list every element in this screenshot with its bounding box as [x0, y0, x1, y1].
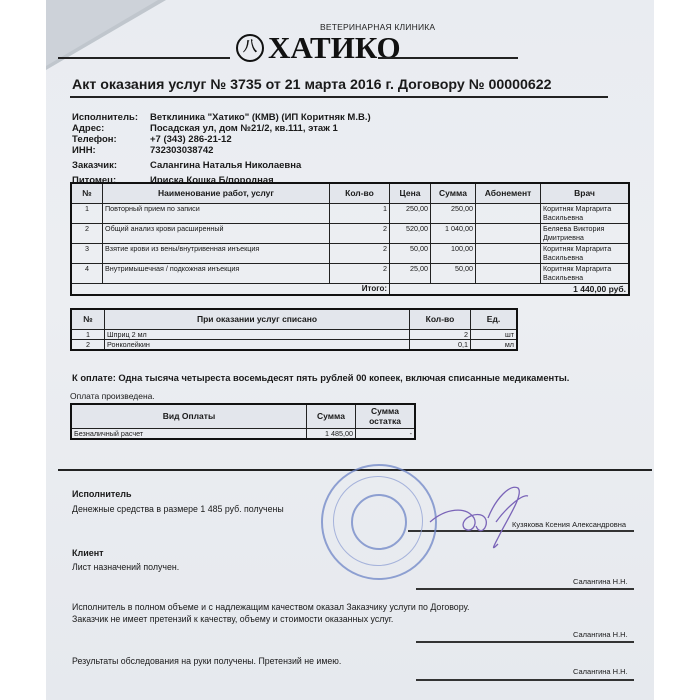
writeoff-unit: шт — [471, 329, 518, 339]
col-number: № — [71, 183, 103, 203]
service-sum: 250,00 — [431, 203, 476, 223]
col-qty: Кол-во — [410, 309, 471, 329]
results-text: Результаты обследования на руки получены… — [72, 656, 341, 666]
title-underline — [70, 96, 608, 98]
client-signature-line-2 — [416, 641, 634, 643]
service-name: Взятие крови из вены/внутривенная инъекц… — [103, 243, 330, 263]
document-page: ВЕТЕРИНАРНАЯ КЛИНИКА 八 ХАТИКО Акт оказан… — [46, 0, 654, 700]
executor-heading: Исполнитель — [72, 489, 132, 499]
row-number: 2 — [71, 223, 103, 243]
service-row: 4Внутримышечная / подкожная инъекция225,… — [71, 263, 629, 283]
client-signature-line-3 — [416, 679, 634, 681]
handwritten-signature — [426, 478, 536, 558]
clinic-name: ХАТИКО — [268, 30, 401, 66]
inn-label: ИНН: — [72, 145, 150, 156]
logo-mark-icon: 八 — [236, 34, 264, 62]
col-sum: Сумма — [431, 183, 476, 203]
clinic-logo: 八 ХАТИКО — [236, 30, 401, 66]
client-name-3: Салангина Н.Н. — [573, 667, 628, 676]
writeoff-qty: 2 — [410, 329, 471, 339]
header-rule-left — [58, 57, 230, 59]
col-number: № — [71, 309, 105, 329]
service-price: 50,00 — [390, 243, 431, 263]
writeoff-table: № При оказании услуг списано Кол-во Ед. … — [70, 308, 518, 351]
service-name: Повторный прием по записи — [103, 203, 330, 223]
col-writeoff-name: При оказании услуг списано — [105, 309, 410, 329]
col-qty: Кол-во — [330, 183, 390, 203]
service-doctor: Коритняк Маргарита Васильевна — [541, 243, 630, 263]
header-rule-right — [378, 57, 518, 59]
phone-label: Телефон: — [72, 134, 150, 145]
service-sum: 50,00 — [431, 263, 476, 283]
writeoff-header-row: № При оказании услуг списано Кол-во Ед. — [71, 309, 517, 329]
service-doctor: Коритняк Маргарита Васильевна — [541, 203, 630, 223]
service-row: 2Общий анализ крови расширенный2520,001 … — [71, 223, 629, 243]
client-heading: Клиент — [72, 548, 104, 558]
row-number: 1 — [71, 203, 103, 223]
service-subscription — [476, 203, 541, 223]
payment-header-row: Вид Оплаты Сумма Сумма остатка — [71, 404, 415, 428]
payment-due-text: К оплате: Одна тысяча четыреста восемьде… — [72, 372, 569, 383]
executor-text: Денежные средства в размере 1 485 руб. п… — [72, 504, 284, 514]
service-name: Общий анализ крови расширенный — [103, 223, 330, 243]
row-number: 2 — [71, 339, 105, 350]
col-subscription: Абонемент — [476, 183, 541, 203]
services-table: № Наименование работ, услуг Кол-во Цена … — [70, 182, 630, 296]
services-header-row: № Наименование работ, услуг Кол-во Цена … — [71, 183, 629, 203]
col-unit: Ед. — [471, 309, 518, 329]
writeoff-name: Ронколейкин — [105, 339, 410, 350]
executor-label: Исполнитель: — [72, 112, 150, 123]
service-row: 1Повторный прием по записи1250,00250,00К… — [71, 203, 629, 223]
total-value: 1 440,00 руб. — [390, 283, 630, 295]
row-number: 4 — [71, 263, 103, 283]
total-label: Итого: — [71, 283, 390, 295]
service-qty: 2 — [330, 243, 390, 263]
col-payment-type: Вид Оплаты — [71, 404, 307, 428]
service-qty: 2 — [330, 223, 390, 243]
payment-table: Вид Оплаты Сумма Сумма остатка Безналичн… — [70, 403, 416, 440]
agreement-line-2: Заказчик не имеет претензий к качеству, … — [72, 614, 393, 624]
client-name-2: Салангина Н.Н. — [573, 630, 628, 639]
col-price: Цена — [390, 183, 431, 203]
service-subscription — [476, 243, 541, 263]
writeoff-name: Шприц 2 мл — [105, 329, 410, 339]
service-price: 25,00 — [390, 263, 431, 283]
client-name-1: Салангина Н.Н. — [573, 577, 628, 586]
col-service-name: Наименование работ, услуг — [103, 183, 330, 203]
row-number: 1 — [71, 329, 105, 339]
document-title: Акт оказания услуг № 3735 от 21 марта 20… — [72, 77, 552, 93]
executor-value: Ветклиника "Хатико" (КМВ) (ИП Коритняк М… — [150, 112, 371, 123]
service-subscription — [476, 263, 541, 283]
agreement-line-1: Исполнитель в полном объеме и с надлежащ… — [72, 602, 469, 612]
writeoff-row: 2Ронколейкин0,1мл — [71, 339, 517, 350]
service-sum: 100,00 — [431, 243, 476, 263]
address-value: Посадская ул, дом №21/2, кв.111, этаж 1 — [150, 123, 338, 134]
customer-value: Салангина Наталья Николаевна — [150, 160, 301, 171]
payment-sum: 1 485,00 — [307, 428, 356, 439]
client-text: Лист назначений получен. — [72, 562, 179, 572]
services-total-row: Итого: 1 440,00 руб. — [71, 283, 629, 295]
service-row: 3Взятие крови из вены/внутривенная инъек… — [71, 243, 629, 263]
payment-done-text: Оплата произведена. — [70, 391, 155, 401]
phone-value: +7 (343) 286-21-12 — [150, 134, 232, 145]
service-qty: 2 — [330, 263, 390, 283]
payment-rest: - — [356, 428, 416, 439]
info-block: Исполнитель:Ветклиника "Хатико" (КМВ) (И… — [72, 112, 371, 186]
col-payment-sum: Сумма — [307, 404, 356, 428]
service-sum: 1 040,00 — [431, 223, 476, 243]
writeoff-unit: мл — [471, 339, 518, 350]
service-doctor: Беляева Виктория Дмитриевна — [541, 223, 630, 243]
inn-value: 732303038742 — [150, 145, 213, 156]
col-doctor: Врач — [541, 183, 630, 203]
address-label: Адрес: — [72, 123, 150, 134]
service-subscription — [476, 223, 541, 243]
writeoff-row: 1Шприц 2 мл2шт — [71, 329, 517, 339]
clinic-stamp — [321, 464, 437, 580]
service-name: Внутримышечная / подкожная инъекция — [103, 263, 330, 283]
payment-type: Безналичный расчет — [71, 428, 307, 439]
service-doctor: Коритняк Маргарита Васильевна — [541, 263, 630, 283]
payment-row: Безналичный расчет1 485,00- — [71, 428, 415, 439]
row-number: 3 — [71, 243, 103, 263]
service-price: 250,00 — [390, 203, 431, 223]
service-qty: 1 — [330, 203, 390, 223]
writeoff-qty: 0,1 — [410, 339, 471, 350]
client-signature-line-1 — [416, 588, 634, 590]
customer-label: Заказчик: — [72, 160, 150, 171]
col-payment-rest: Сумма остатка — [356, 404, 416, 428]
service-price: 520,00 — [390, 223, 431, 243]
